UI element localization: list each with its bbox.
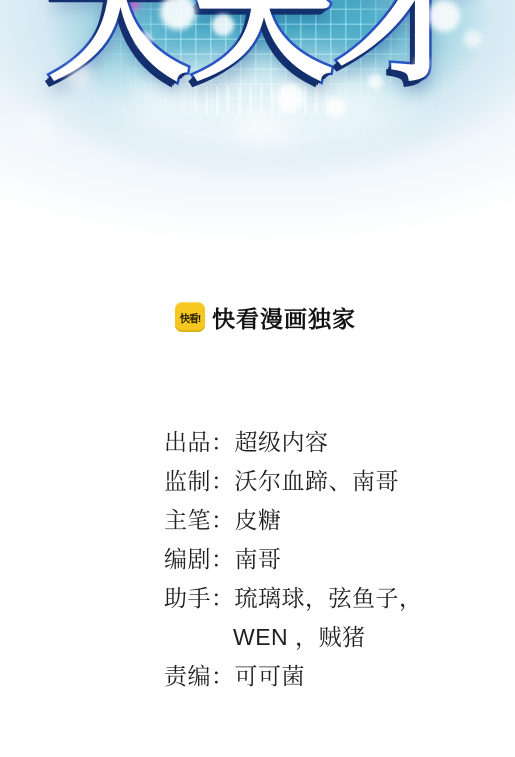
title-hero: 大天才	[0, 0, 515, 280]
bokeh-dot	[428, 0, 460, 32]
kuaikan-logo-text: 快看!	[180, 309, 200, 325]
credit-line-assistants-cont: WEN ，贼猪	[164, 616, 423, 655]
credit-role-label: 助手：	[164, 580, 235, 613]
credit-names: 南哥	[235, 541, 282, 574]
bokeh-dot	[66, 62, 92, 88]
credit-role-label: 监制：	[164, 463, 235, 496]
credit-line-writer: 编剧： 南哥	[164, 538, 423, 577]
credit-names: WEN ，贼猪	[233, 619, 366, 652]
bokeh-dot	[136, 32, 152, 48]
credit-role-label: 主笔：	[164, 502, 235, 535]
bokeh-dot	[230, 112, 294, 142]
exclusive-label: 快看漫画独家	[212, 301, 356, 334]
credit-role-label: 编剧：	[164, 541, 235, 574]
kuaikan-logo-badge: 快看!	[175, 302, 205, 332]
bokeh-dot	[414, 56, 430, 72]
credit-names: 沃尔血蹄、南哥	[235, 463, 400, 496]
credit-line-editor: 责编： 可可菌	[164, 655, 423, 694]
bokeh-dot	[22, 112, 54, 144]
credit-names: 超级内容	[235, 424, 329, 457]
credit-line-lead-artist: 主笔： 皮糖	[164, 499, 423, 538]
bokeh-dot	[368, 74, 383, 89]
credit-line-assistants: 助手： 琉璃球，弦鱼子，	[164, 577, 423, 616]
exclusive-banner: 快看! 快看漫画独家	[0, 301, 515, 333]
credit-role-label: 责编：	[164, 658, 235, 691]
bokeh-dot	[464, 30, 482, 48]
bokeh-dot	[276, 84, 304, 112]
credit-names: 可可菌	[235, 658, 306, 691]
bokeh-dot	[326, 98, 346, 118]
credits-block: 出品： 超级内容 监制： 沃尔血蹄、南哥 主笔： 皮糖 编剧： 南哥 助手： 琉…	[164, 421, 423, 694]
credit-line-producer: 出品： 超级内容	[164, 421, 423, 460]
credit-line-supervisor: 监制： 沃尔血蹄、南哥	[164, 460, 423, 499]
bokeh-dot	[212, 14, 234, 36]
comic-credits-page: 大天才 快看! 快看漫画独家 出品： 超级内容 监制： 沃尔血蹄、南哥 主笔： …	[0, 0, 515, 757]
credit-names: 皮糖	[235, 502, 282, 535]
credit-role-label: 出品：	[164, 424, 235, 457]
credit-names: 琉璃球，弦鱼子，	[235, 580, 423, 613]
